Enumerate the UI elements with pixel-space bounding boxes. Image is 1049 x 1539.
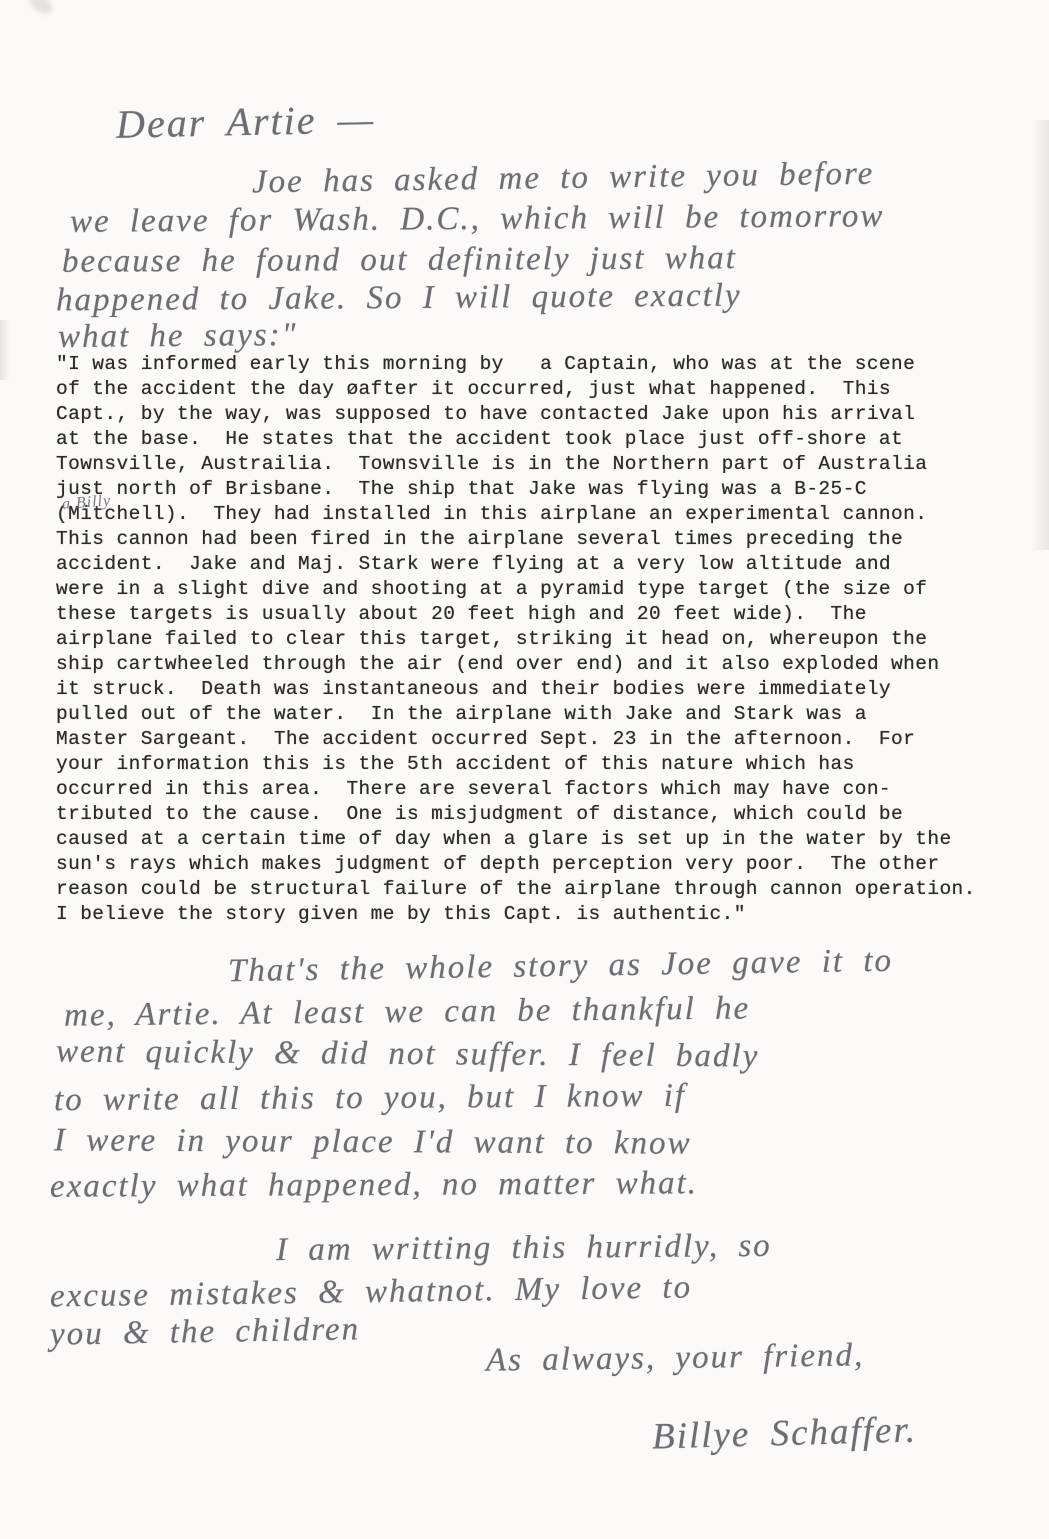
letter-page: Dear Artie — Joe has asked me to write y… <box>0 0 1049 1539</box>
handwritten-line: excuse mistakes & whatnot. My love to <box>50 1270 693 1316</box>
handwritten-line: I were in your place I'd want to know <box>54 1122 692 1162</box>
handwritten-line: you & the children <box>50 1311 361 1353</box>
handwritten-line: Joe has asked me to write you before <box>252 156 875 202</box>
handwritten-line: exactly what happened, no matter what. <box>50 1165 698 1205</box>
scan-smudge-left-edge <box>0 320 10 380</box>
interlinear-annotation: a Billy <box>61 492 111 513</box>
handwritten-line: That's the whole story as Joe gave it to <box>228 943 893 990</box>
signature: Billye Schaffer. <box>651 1409 917 1459</box>
typed-quote-block: "I was informed early this morning by a … <box>56 352 1021 927</box>
signoff-line: As always, your friend, <box>486 1337 865 1379</box>
handwritten-line: to write all this to you, but I know if <box>54 1078 686 1119</box>
salutation: Dear Artie — <box>116 95 376 147</box>
handwritten-line: I am writting this hurridly, so <box>276 1228 772 1269</box>
handwritten-line: we leave for Wash. D.C., which will be t… <box>70 198 885 241</box>
handwritten-line: because he found out definitely just wha… <box>62 240 737 281</box>
scan-shadow-right-edge <box>1031 120 1049 550</box>
handwritten-line: what he says:" <box>58 317 298 356</box>
handwritten-line: me, Artie. At least we can be thankful h… <box>64 990 751 1034</box>
handwritten-line: happened to Jake. So I will quote exactl… <box>56 278 742 320</box>
handwritten-line: went quickly & did not suffer. I feel ba… <box>56 1034 760 1076</box>
scan-smudge-top-left <box>26 0 56 18</box>
